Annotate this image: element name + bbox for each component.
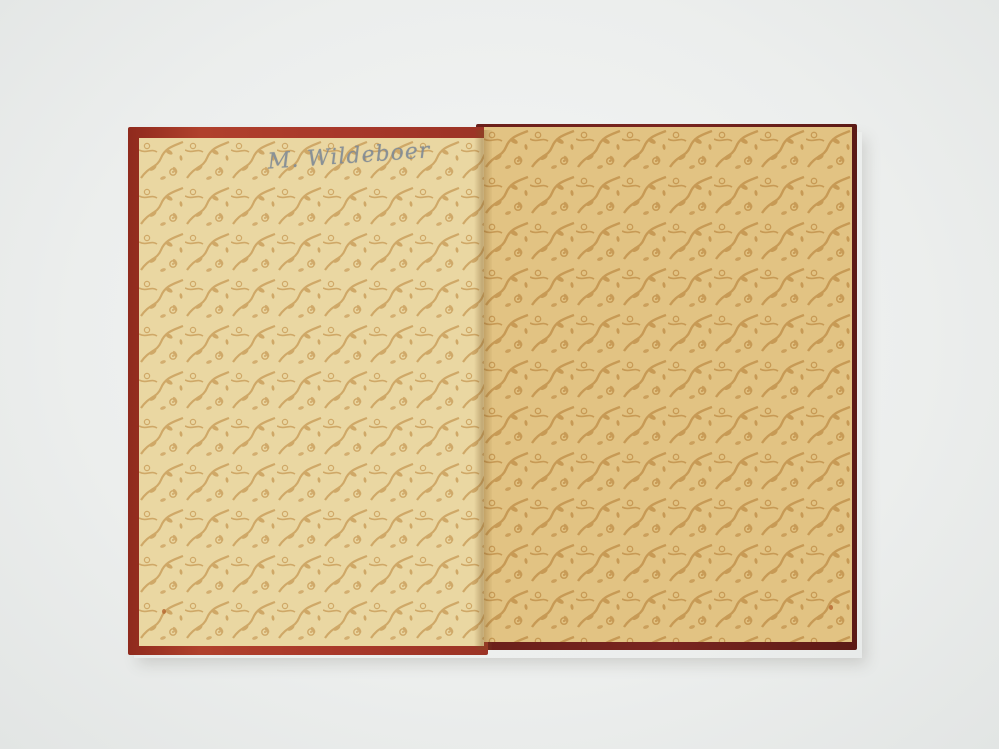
left-endpaper bbox=[139, 138, 484, 646]
floral-pattern-right bbox=[484, 127, 852, 642]
floral-pattern-left bbox=[139, 138, 484, 646]
right-endpaper bbox=[484, 127, 852, 642]
foxing-spot bbox=[162, 609, 166, 614]
photo-scene: M. Wildeboer bbox=[0, 0, 999, 749]
book-gutter bbox=[474, 130, 492, 650]
foxing-spot bbox=[829, 605, 833, 610]
